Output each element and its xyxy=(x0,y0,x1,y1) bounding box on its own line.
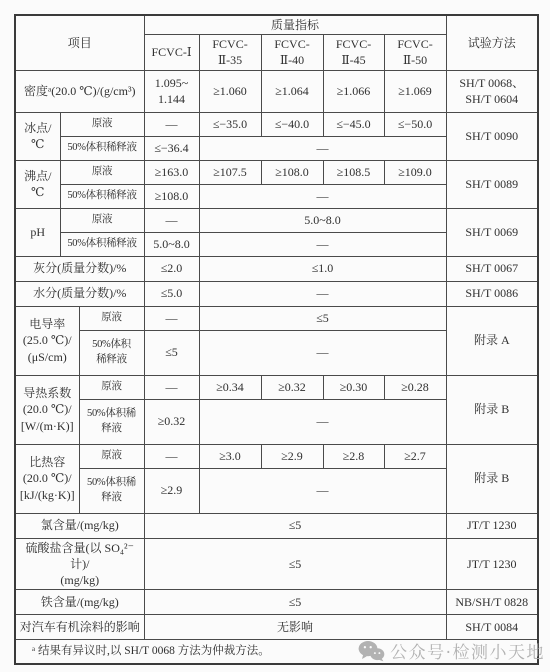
freezing-raw-fcvc-2-45: ≤−45.0 xyxy=(323,112,384,136)
label-specific-heat-raw: 原液 xyxy=(79,444,144,468)
row-ph-raw: pH原液—5.0~8.0SH/T 0069 xyxy=(15,208,538,232)
method-density: SH/T 0068、 SH/T 0604 xyxy=(446,70,538,112)
col-header-item: 项目 xyxy=(15,15,144,70)
method-sulfate: JT/T 1230 xyxy=(446,538,538,590)
freezing-diluted-fcvc-1: ≤−36.4 xyxy=(144,136,199,160)
label-freezing-diluted: 50%体积稀释液 xyxy=(60,136,144,160)
item-paint-effect: 对汽车有机涂料的影响 xyxy=(15,615,144,640)
freezing-diluted-others: — xyxy=(199,136,446,160)
conductivity-raw-fcvc-1: — xyxy=(144,306,199,330)
col-header-test-method: 试验方法 xyxy=(446,15,538,70)
row-boiling-raw: 沸点/℃原液≥163.0≥107.5≥108.0≥108.5≥109.0SH/T… xyxy=(15,160,538,184)
label-specific-heat-diluted: 50%体积稀 释液 xyxy=(79,468,144,513)
method-chloride: JT/T 1230 xyxy=(446,513,538,538)
method-ash: SH/T 0067 xyxy=(446,256,538,281)
density-fcvc-2-40: ≥1.064 xyxy=(261,70,323,112)
freezing-raw-fcvc-2-35: ≤−35.0 xyxy=(199,112,261,136)
thermal-raw-fcvc-2-35: ≥0.34 xyxy=(199,375,261,399)
method-boiling: SH/T 0089 xyxy=(446,160,538,208)
col-header-quality-index: 质量指标 xyxy=(144,15,446,35)
row-paint-effect: 对汽车有机涂料的影响无影响SH/T 0084 xyxy=(15,615,538,640)
row-water: 水分(质量分数)/%≤5.0—SH/T 0086 xyxy=(15,281,538,306)
spec-table-body: 项目质量指标试验方法FCVC-ⅠFCVC-Ⅱ-35FCVC-Ⅱ-40FCVC-Ⅱ… xyxy=(15,15,538,664)
specific-heat-raw-fcvc-2-50: ≥2.7 xyxy=(384,444,446,468)
specific-heat-raw-fcvc-2-35: ≥3.0 xyxy=(199,444,261,468)
specific-heat-raw-fcvc-1: — xyxy=(144,444,199,468)
freezing-raw-fcvc-1: — xyxy=(144,112,199,136)
specific-heat-raw-fcvc-2-45: ≥2.8 xyxy=(323,444,384,468)
ph-raw-others: 5.0~8.0 xyxy=(199,208,446,232)
thermal-raw-fcvc-2-50: ≥0.28 xyxy=(384,375,446,399)
row-footnote: ᵃ 结果有异议时,以 SH/T 0068 方法为仲裁方法。 xyxy=(15,640,538,664)
method-freezing: SH/T 0090 xyxy=(446,112,538,160)
chloride-value: ≤5 xyxy=(144,513,446,538)
density-fcvc-2-35: ≥1.060 xyxy=(199,70,261,112)
col-header-fcvc-2-40: FCVC-Ⅱ-40 xyxy=(261,35,323,70)
boiling-raw-fcvc-2-35: ≥107.5 xyxy=(199,160,261,184)
conductivity-diluted-fcvc-1: ≤5 xyxy=(144,330,199,375)
ph-diluted-others: — xyxy=(199,232,446,256)
label-conductivity-raw: 原液 xyxy=(79,306,144,330)
method-water: SH/T 0086 xyxy=(446,281,538,306)
sulfate-value: ≤5 xyxy=(144,538,446,590)
item-iron: 铁含量/(mg/kg) xyxy=(15,590,144,615)
row-freezing-raw: 冰点/℃原液—≤−35.0≤−40.0≤−45.0≤−50.0SH/T 0090 xyxy=(15,112,538,136)
method-paint-effect: SH/T 0084 xyxy=(446,615,538,640)
col-header-fcvc-2-35: FCVC-Ⅱ-35 xyxy=(199,35,261,70)
footnote: ᵃ 结果有异议时,以 SH/T 0068 方法为仲裁方法。 xyxy=(15,640,538,664)
header-row-top: 项目质量指标试验方法 xyxy=(15,15,538,35)
label-ph-raw: 原液 xyxy=(60,208,144,232)
method-ph: SH/T 0069 xyxy=(446,208,538,256)
density-fcvc-1: 1.095~ 1.144 xyxy=(144,70,199,112)
ph-diluted-fcvc-1: 5.0~8.0 xyxy=(144,232,199,256)
label-conductivity-diluted: 50%体积 稀释液 xyxy=(79,330,144,375)
item-ash: 灰分(质量分数)/% xyxy=(15,256,144,281)
col-header-fcvc-2-45: FCVC-Ⅱ-45 xyxy=(323,35,384,70)
label-freezing-raw: 原液 xyxy=(60,112,144,136)
ash-fcvc-1: ≤2.0 xyxy=(144,256,199,281)
density-fcvc-2-45: ≥1.066 xyxy=(323,70,384,112)
method-conductivity: 附录 A xyxy=(446,306,538,375)
boiling-raw-fcvc-2-45: ≥108.5 xyxy=(323,160,384,184)
ph-raw-fcvc-1: — xyxy=(144,208,199,232)
boiling-diluted-others: — xyxy=(199,184,446,208)
boiling-raw-fcvc-1: ≥163.0 xyxy=(144,160,199,184)
item-freezing-point: 冰点/℃ xyxy=(15,112,60,160)
water-others: — xyxy=(199,281,446,306)
row-density: 密度ᵃ(20.0 ℃)/(g/cm³)1.095~ 1.144≥1.060≥1.… xyxy=(15,70,538,112)
water-fcvc-1: ≤5.0 xyxy=(144,281,199,306)
col-header-fcvc-1: FCVC-Ⅰ xyxy=(144,35,199,70)
item-ph: pH xyxy=(15,208,60,256)
specific-heat-diluted-fcvc-1: ≥2.9 xyxy=(144,468,199,513)
iron-value: ≤5 xyxy=(144,590,446,615)
label-thermal-raw: 原液 xyxy=(79,375,144,399)
item-density: 密度ᵃ(20.0 ℃)/(g/cm³) xyxy=(15,70,144,112)
method-thermal-conductivity: 附录 B xyxy=(446,375,538,444)
row-chloride: 氯含量/(mg/kg)≤5JT/T 1230 xyxy=(15,513,538,538)
method-iron: NB/SH/T 0828 xyxy=(446,590,538,615)
row-thermal-conductivity-raw: 导热系数 (20.0 ℃)/ [W/(m·K)]原液—≥0.34≥0.32≥0.… xyxy=(15,375,538,399)
specific-heat-diluted-others: — xyxy=(199,468,446,513)
boiling-diluted-fcvc-1: ≥108.0 xyxy=(144,184,199,208)
coolant-spec-table: 项目质量指标试验方法FCVC-ⅠFCVC-Ⅱ-35FCVC-Ⅱ-40FCVC-Ⅱ… xyxy=(14,14,539,665)
thermal-raw-fcvc-2-40: ≥0.32 xyxy=(261,375,323,399)
document-page: 项目质量指标试验方法FCVC-ⅠFCVC-Ⅱ-35FCVC-Ⅱ-40FCVC-Ⅱ… xyxy=(0,0,550,672)
row-ash: 灰分(质量分数)/%≤2.0≤1.0SH/T 0067 xyxy=(15,256,538,281)
boiling-raw-fcvc-2-50: ≥109.0 xyxy=(384,160,446,184)
label-boiling-diluted: 50%体积稀释液 xyxy=(60,184,144,208)
density-fcvc-2-50: ≥1.069 xyxy=(384,70,446,112)
item-water: 水分(质量分数)/% xyxy=(15,281,144,306)
col-header-fcvc-2-50: FCVC-Ⅱ-50 xyxy=(384,35,446,70)
label-thermal-diluted: 50%体积稀 释液 xyxy=(79,399,144,444)
item-conductivity: 电导率 (25.0 ℃)/ (μS/cm) xyxy=(15,306,79,375)
item-sulfate: 硫酸盐含量(以 SO₄²⁻ 计)/ (mg/kg) xyxy=(15,538,144,590)
conductivity-diluted-others: — xyxy=(199,330,446,375)
thermal-diluted-others: — xyxy=(199,399,446,444)
specific-heat-raw-fcvc-2-40: ≥2.9 xyxy=(261,444,323,468)
row-specific-heat-raw: 比热容 (20.0 ℃)/ [kJ/(kg·K)]原液—≥3.0≥2.9≥2.8… xyxy=(15,444,538,468)
boiling-raw-fcvc-2-40: ≥108.0 xyxy=(261,160,323,184)
paint-effect-value: 无影响 xyxy=(144,615,446,640)
thermal-diluted-fcvc-1: ≥0.32 xyxy=(144,399,199,444)
row-sulfate: 硫酸盐含量(以 SO₄²⁻ 计)/ (mg/kg)≤5JT/T 1230 xyxy=(15,538,538,590)
row-iron: 铁含量/(mg/kg)≤5NB/SH/T 0828 xyxy=(15,590,538,615)
label-ph-diluted: 50%体积稀释液 xyxy=(60,232,144,256)
freezing-raw-fcvc-2-50: ≤−50.0 xyxy=(384,112,446,136)
row-conductivity-raw: 电导率 (25.0 ℃)/ (μS/cm)原液—≤5附录 A xyxy=(15,306,538,330)
item-boiling-point: 沸点/℃ xyxy=(15,160,60,208)
conductivity-raw-others: ≤5 xyxy=(199,306,446,330)
item-specific-heat: 比热容 (20.0 ℃)/ [kJ/(kg·K)] xyxy=(15,444,79,513)
freezing-raw-fcvc-2-40: ≤−40.0 xyxy=(261,112,323,136)
item-thermal-conductivity: 导热系数 (20.0 ℃)/ [W/(m·K)] xyxy=(15,375,79,444)
label-boiling-raw: 原液 xyxy=(60,160,144,184)
thermal-raw-fcvc-1: — xyxy=(144,375,199,399)
ash-others: ≤1.0 xyxy=(199,256,446,281)
method-specific-heat: 附录 B xyxy=(446,444,538,513)
item-chloride: 氯含量/(mg/kg) xyxy=(15,513,144,538)
thermal-raw-fcvc-2-45: ≥0.30 xyxy=(323,375,384,399)
